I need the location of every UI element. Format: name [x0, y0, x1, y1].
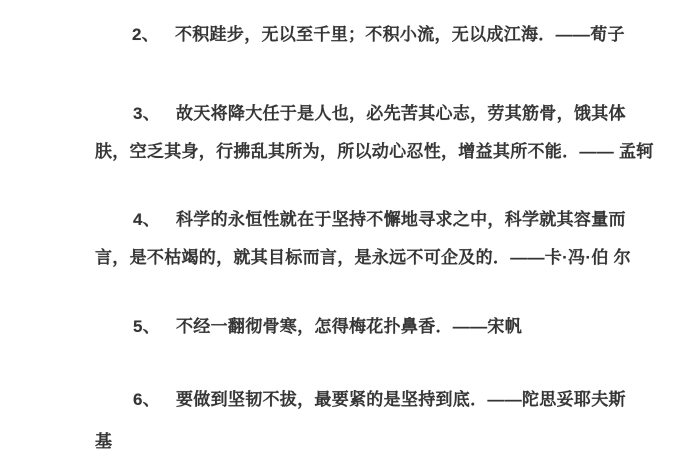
quote-line: 2、不积跬步，无以至千里；不积小流，无以成江海．——荀子 [132, 25, 625, 44]
quote-line: 5、不经一翻彻骨寒，怎得梅花扑鼻香．——宋帆 [133, 317, 522, 336]
quote-line: 6、要做到坚韧不拔，最要紧的是坚持到底．——陀思妥耶夫斯 [133, 390, 626, 409]
quote-line: 4、科学的永恒性就在于坚持不懈地寻求之中，科学就其容量而 [133, 210, 626, 229]
quote-number: 2、 [132, 25, 175, 44]
quote-text: 基 [95, 432, 112, 451]
quote-line: 3、故天将降大任于是人也，必先苦其心志，劳其筋骨，饿其体 [133, 104, 626, 123]
quote-text: 不积跬步，无以至千里；不积小流，无以成江海．——荀子 [175, 25, 625, 44]
quote-line: 言，是不枯竭的，就其目标而言，是永远不可企及的．——卡·冯·伯 尔 [95, 248, 631, 267]
quote-text: 故天将降大任于是人也，必先苦其心志，劳其筋骨，饿其体 [176, 104, 626, 123]
quote-line: 肤，空乏其身，行拂乱其所为，所以动心忍性，增益其所不能．—— 孟轲 [95, 142, 654, 161]
quote-line: 基 [95, 432, 112, 451]
quote-text: 不经一翻彻骨寒，怎得梅花扑鼻香．——宋帆 [176, 317, 522, 336]
quote-text: 肤，空乏其身，行拂乱其所为，所以动心忍性，增益其所不能．—— 孟轲 [95, 142, 654, 161]
quote-number: 4、 [133, 210, 176, 229]
quote-text: 言，是不枯竭的，就其目标而言，是永远不可企及的．——卡·冯·伯 尔 [95, 248, 631, 267]
quote-number: 3、 [133, 104, 176, 123]
quote-number: 5、 [133, 317, 176, 336]
quote-text: 要做到坚韧不拔，最要紧的是坚持到底．——陀思妥耶夫斯 [176, 390, 626, 409]
document-page: 2、不积跬步，无以至千里；不积小流，无以成江海．——荀子 3、故天将降大任于是人… [0, 0, 700, 470]
quote-text: 科学的永恒性就在于坚持不懈地寻求之中，科学就其容量而 [176, 210, 626, 229]
quote-number: 6、 [133, 390, 176, 409]
